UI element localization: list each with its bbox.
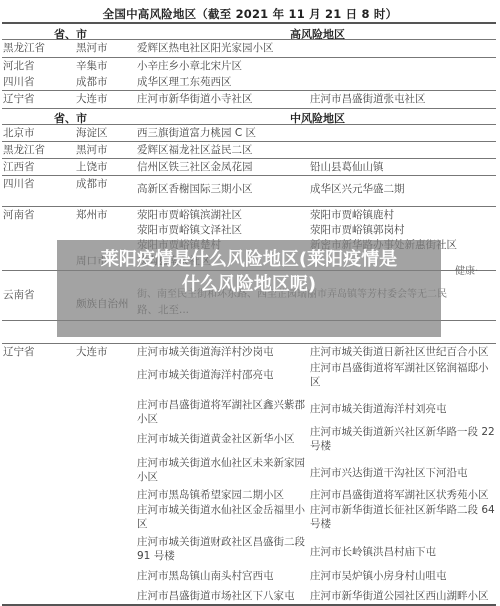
divider	[2, 39, 496, 40]
province: 河北省	[3, 59, 35, 73]
city: 辛集市	[76, 59, 108, 73]
city: 海淀区	[76, 126, 108, 140]
document-title: 全国中高风险地区（截至 2021 年 11 月 21 日 8 时）	[0, 6, 500, 22]
area: 庄河市城关街道日新社区世纪百合小区	[310, 345, 489, 359]
divider	[2, 206, 496, 207]
province: 辽宁省	[3, 345, 35, 359]
area: 庄河市新华街道小寺社区	[137, 92, 253, 106]
area: 庄河市兴达街道干沟社区下河沿屯	[310, 466, 468, 480]
city: 上饶市	[76, 160, 108, 174]
area: 庄河市城关街道黄金社区新华小区	[137, 432, 295, 446]
area: 荥阳市贾峪镇滨湖社区	[137, 208, 242, 222]
city: 黑河市	[76, 143, 108, 157]
area: 小辛庄乡小章北宋片区	[137, 59, 242, 73]
province: 黑龙江省	[3, 143, 45, 157]
area: 成华区兴元华盛二期	[310, 182, 405, 196]
area: 荥阳市贾峪镇文泽社区	[137, 223, 242, 237]
divider	[2, 124, 496, 125]
province: 四川省	[3, 75, 35, 89]
area: 庄河市昌盛街道市场社区下八家屯	[137, 589, 295, 603]
caption-line-1: 莱阳疫情是什么风险地区(莱阳疫情是	[57, 247, 441, 272]
area: 庄河市城关街道水仙社区未来新家园小区	[137, 456, 312, 484]
province: 四川省	[3, 177, 35, 191]
area: 庄河市城关街道海洋村沙岗屯	[137, 345, 274, 359]
area: 庄河市城关街道财政社区昌盛街二段 91 号楼	[137, 535, 312, 563]
divider	[2, 141, 496, 142]
watermark-stamp: 健康·	[455, 262, 478, 277]
area: 成华区理工东苑西区	[137, 75, 232, 89]
area: 庄河市城关街道水仙社区金岳福里小区	[137, 503, 312, 531]
divider	[2, 108, 496, 109]
province: 河南省	[3, 208, 35, 222]
city: 大连市	[76, 345, 108, 359]
area: 庄河市昌盛街道将军湖社区鑫兴紫郡小区	[137, 398, 312, 426]
caption-line-2: 什么风险地区呢)	[57, 272, 441, 297]
area: 庄河市昌盛街道将军湖社区铭润福邸小区	[310, 361, 490, 389]
area: 爱辉区福龙社区益民二区	[137, 143, 253, 157]
area: 庄河市昌盛街道将军湖社区状秀苑小区	[310, 488, 489, 502]
area: 庄河市昌盛街道张屯社区	[310, 92, 426, 106]
province: 辽宁省	[3, 92, 35, 106]
area: 庄河市黑岛镇山南头村宫西屯	[137, 569, 274, 583]
area: 信州区铁三社区金凤花园	[137, 160, 253, 174]
divider	[2, 158, 496, 159]
province: 黑龙江省	[3, 41, 45, 55]
city: 大连市	[76, 92, 108, 106]
province: 云南省	[3, 288, 35, 302]
area: 铅山县葛仙山镇	[310, 160, 384, 174]
divider	[2, 175, 496, 176]
area: 庄河市长岭镇洪昌村庙下屯	[310, 545, 436, 559]
area: 庄河市吴炉镇小房身村山咀屯	[310, 569, 447, 583]
area: 高新区香榭国际三期小区	[137, 182, 253, 196]
area: 爱辉区热电社区阳光家园小区	[137, 41, 274, 55]
city: 成都市	[76, 177, 108, 191]
area: 庄河市城关街道海洋村邵亮屯	[137, 368, 274, 382]
province: 北京市	[3, 126, 35, 140]
area: 西三旗街道富力桃园 C 区	[137, 126, 256, 140]
area: 庄河市新华街道长征社区新华路二段 64 号楼	[310, 503, 495, 531]
divider	[2, 57, 496, 58]
city: 黑河市	[76, 41, 108, 55]
city: 郑州市	[76, 208, 108, 222]
area: 荥阳市贾峪镇鹿村	[310, 208, 394, 222]
divider	[2, 90, 496, 91]
caption-overlay: 莱阳疫情是什么风险地区(莱阳疫情是 什么风险地区呢)	[57, 240, 441, 337]
area: 庄河市黑岛镇希望家园二期小区	[137, 488, 284, 502]
area: 庄河市城关街道海洋村刘亮屯	[310, 402, 447, 416]
area: 庄河市城关街道新兴社区新华路一段 22 号楼	[310, 425, 495, 453]
caption-text: 莱阳疫情是什么风险地区(莱阳疫情是 什么风险地区呢)	[57, 247, 441, 297]
divider	[2, 22, 496, 24]
area: 庄河市新华街道公园社区西山湖畔小区	[310, 589, 489, 603]
province: 江西省	[3, 160, 35, 174]
divider	[2, 343, 496, 344]
area: 荥阳市贾峪镇郭岗村	[310, 223, 405, 237]
city: 成都市	[76, 75, 108, 89]
